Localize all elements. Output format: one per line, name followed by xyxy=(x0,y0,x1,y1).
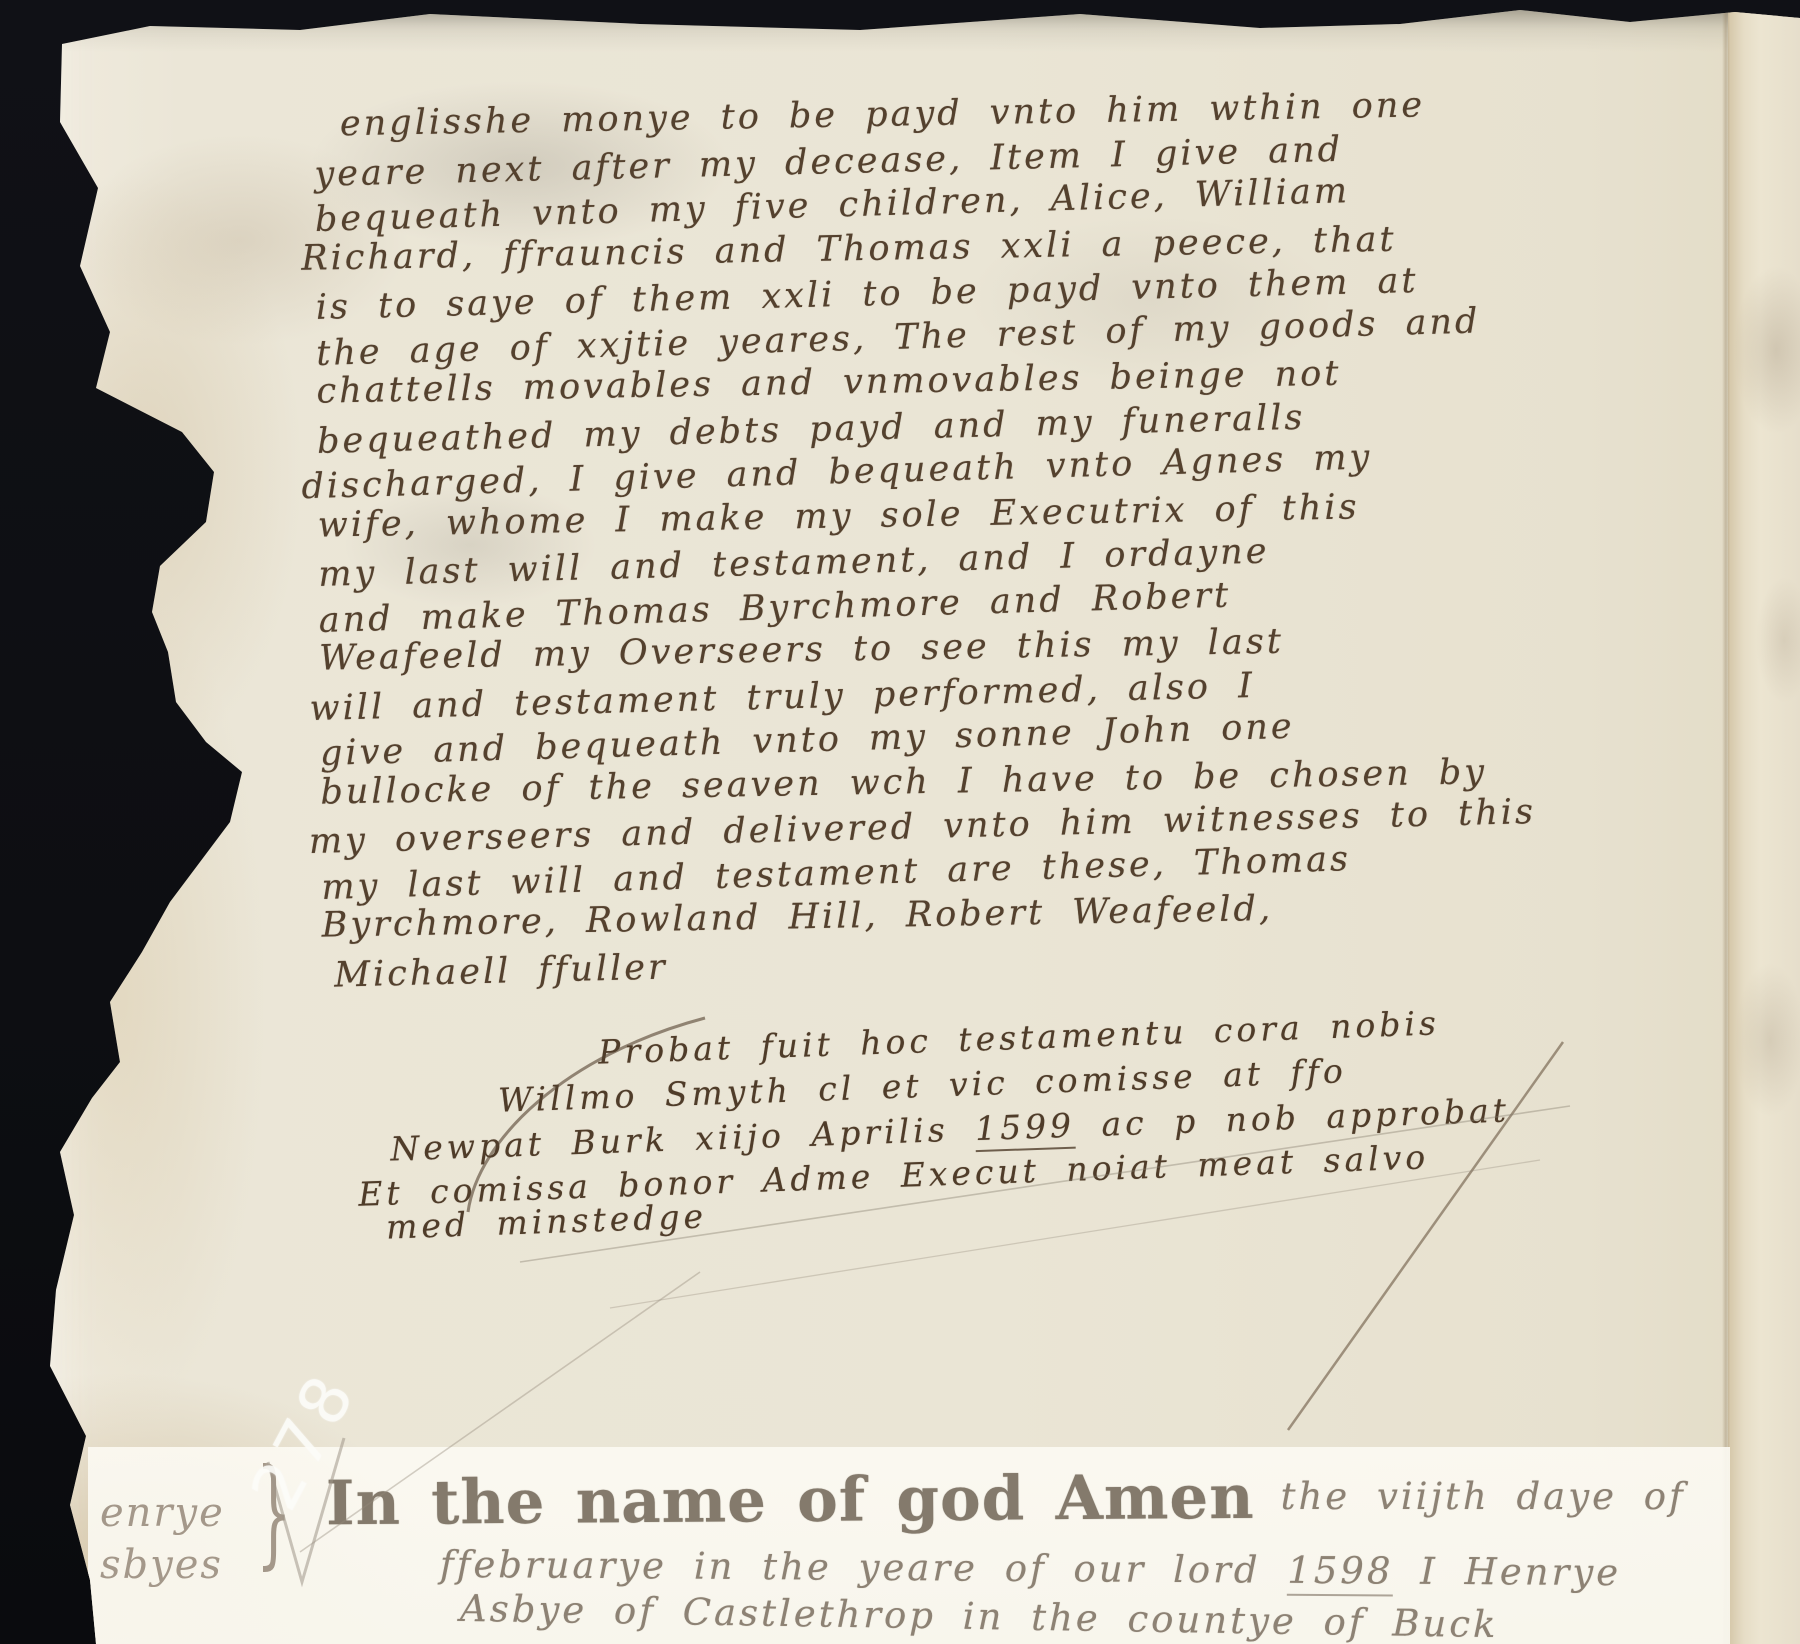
flourish-stroke xyxy=(468,1018,705,1212)
manuscript-page: englisshe monye to be payd vnto him wthi… xyxy=(0,0,1800,1644)
ink-diagonal-stroke xyxy=(1288,1042,1563,1430)
pencil-hairline xyxy=(610,1160,1540,1308)
manuscript-photo: englisshe monye to be payd vnto him wthi… xyxy=(0,0,1800,1644)
stray-strokes-overlay xyxy=(0,0,1800,1644)
